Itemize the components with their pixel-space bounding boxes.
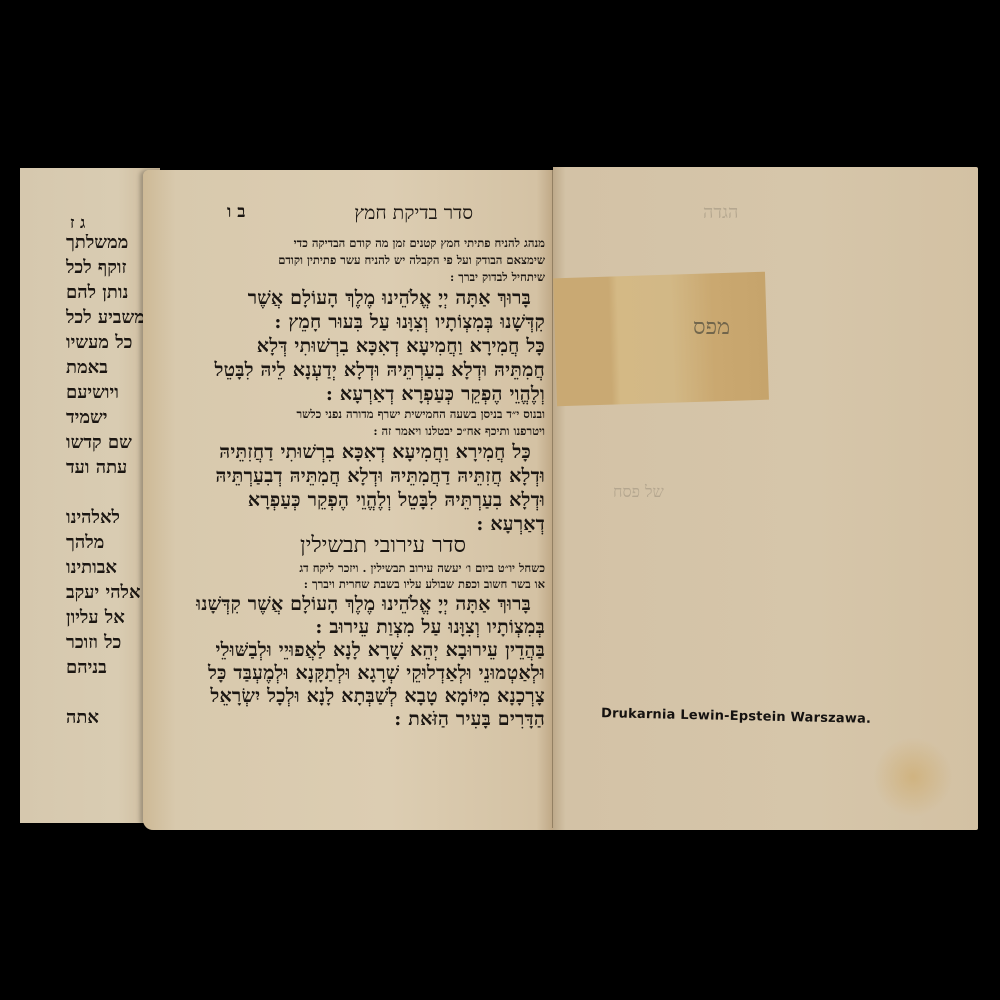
printer-imprint: Drukarnia Lewin-Epstein Warszawa.	[601, 706, 871, 727]
left-page: ב ו סדר בדיקת חמץ מנהג להניח פתיתי חמץ ק…	[143, 170, 553, 830]
section-title: סדר עירובי תבשילין	[221, 532, 545, 558]
text-line: וּדְלָא חֲזִתֵּיהּ דַחֲמִתֵּיהּ וּדְלָא …	[221, 467, 545, 491]
bedikat-chametz-text: מנהג להניח פתיתי חמץ קטנים זמן מה קודם ה…	[221, 238, 545, 539]
text-line: בַּהֲדֵין עֵירוּבָא יְהֵא שָׁרָא לָנָא ל…	[221, 641, 545, 664]
text-line: כָּל חֲמִירָא וַחֲמִיעָא דְאִכָּא בִרְשׁ…	[221, 443, 545, 467]
eruv-tavshilin-text: כשחל יו״ט ביום ו׳ יעשה עירוב תבשילין . ו…	[221, 563, 545, 733]
text-line: וּדְלָא בִעַרְתֵּיהּ לִבָּטֵל וְלֶהֱוֵי …	[221, 491, 545, 515]
bleed-through-text: של פסח	[613, 482, 664, 502]
text-line: כָּל חֲמִירָא וַחֲמִיעָא דְאִכָּא בִרְשׁ…	[221, 337, 545, 361]
text-line: הַדָּרִים בָּעִיר הַזֹּאת :	[221, 710, 545, 733]
label-patch	[553, 272, 769, 407]
text-line: חֲמִתֵּיהּ וּדְלָא בִעַרְתֵּיהּ וּדְלָא …	[221, 361, 545, 385]
text-line: בָּרוּךְ אַתָּה יְיָ אֱלֹהֵינוּ מֶלֶךְ ה…	[221, 595, 545, 618]
back-page-number: ג ז	[70, 213, 85, 233]
text-line: בְּמִצְוֹתָיו וְצִוָּנוּ עַל מִצְוַת עֵי…	[221, 618, 545, 641]
text-line: וּלְאַטְמוּנֵי וּלְאַדְלוּקֵי שְׁרָגָא ו…	[221, 664, 545, 687]
page-title: סדר בדיקת חמץ	[354, 202, 473, 225]
bleed-through-text: הגדה	[703, 202, 738, 223]
back-page-edge: ג ז ממשלתךזוקף לכלנותן להםמשביע לכלכל מע…	[20, 168, 160, 823]
left-page-number: ב ו	[227, 202, 245, 222]
foxing-stain	[873, 737, 953, 817]
text-line: צָרְכָנָא מִיּוֹמָא טָבָא לְשַׁבְּתָא לָ…	[221, 687, 545, 710]
right-page: הגדה של פסח מפס Drukarnia Lewin-Epstein …	[553, 167, 978, 830]
text-line: וְלֶהֱוֵי הֶפְקֵר כְּעַפְרָא דְאַרְעָא :	[221, 385, 545, 409]
patch-text: מפס	[693, 314, 730, 340]
text-line: בָּרוּךְ אַתָּה יְיָ אֱלֹהֵינוּ מֶלֶךְ ה…	[221, 289, 545, 313]
eruv-section: סדר עירובי תבשילין	[221, 532, 545, 558]
text-line: קִדְּשָׁנוּ בְּמִצְוֹתָיו וְצִוָּנוּ עַל…	[221, 313, 545, 337]
